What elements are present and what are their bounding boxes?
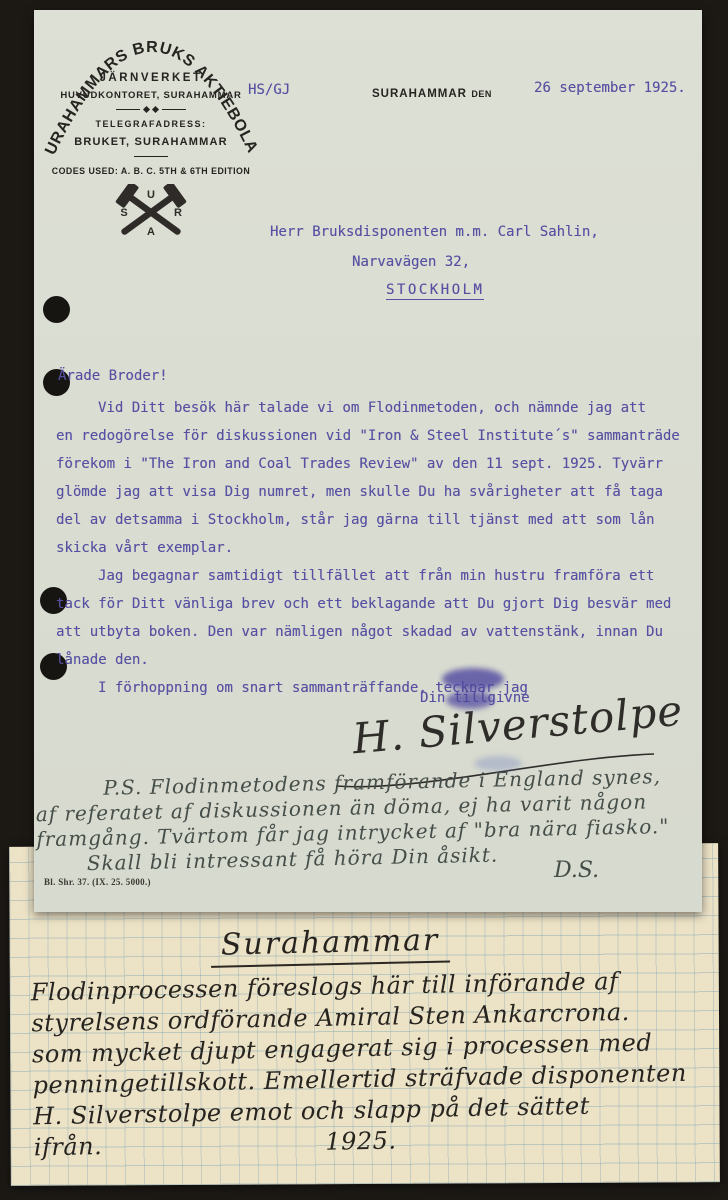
recipient-city: STOCKHOLM (386, 282, 484, 300)
letter-paper: SURAHAMMARS BRUKS AKTIEBOLAG JÄRNVERKET … (34, 10, 702, 912)
logo-letter-r: R (174, 207, 182, 219)
body-line: Vid Ditt besök här talade vi om Flodinme… (56, 394, 680, 422)
body-line: Jag begagnar samtidigt tillfället att fr… (56, 562, 680, 590)
letter-body: Vid Ditt besök här talade vi om Flodinme… (56, 394, 680, 702)
ink-blot (446, 691, 494, 709)
place-line: SURAHAMMAR DEN (372, 84, 492, 102)
body-line: en redogörelse för diskussionen vid "Iro… (56, 422, 680, 450)
note-text: Flodinprocessen föreslogs här till inför… (31, 965, 704, 1164)
logo-letter-u: U (147, 189, 155, 201)
recipient-name: Herr Bruksdisponenten m.m. Carl Sahlin, (270, 224, 599, 240)
den-label: DEN (471, 89, 492, 99)
body-line: förekom i "The Iron and Coal Trades Revi… (56, 450, 680, 478)
body-line: del av detsamma i Stockholm, står jag gä… (56, 506, 680, 534)
logo-letter-s: S (120, 207, 127, 219)
ornament-divider (44, 107, 258, 112)
body-line: glömde jag att visa Dig numret, men skul… (56, 478, 680, 506)
salutation: Ärade Broder! (58, 368, 168, 384)
codes-used: CODES USED: A. B. C. 5TH & 6TH EDITION (44, 166, 258, 176)
recipient-street: Narvavägen 32, (352, 254, 470, 270)
body-line: tack för Ditt vänliga brev och ett bekla… (56, 590, 680, 618)
logo-letter-a: A (147, 226, 155, 238)
reference-code: HS/GJ (248, 82, 290, 98)
letterhead-jarnverket: JÄRNVERKET (44, 72, 258, 84)
crossed-hammers-logo: U S R A (105, 184, 197, 238)
hole-punch (43, 296, 70, 323)
date: 26 september 1925. (534, 80, 686, 96)
ink-blot (442, 668, 504, 690)
letterhead: JÄRNVERKET HUVUDKONTORET, SURAHAMMAR TEL… (44, 72, 258, 243)
note-title-wrap: Surahammar (0, 917, 685, 973)
postscript: P.S. Flodinmetodens framförande i Englan… (35, 763, 727, 877)
note-last-left: ifrån. (34, 1132, 103, 1161)
body-line: att utbyta boken. Den var nämligen något… (56, 618, 680, 646)
body-line: skicka vårt exemplar. (56, 534, 680, 562)
divider-line (134, 156, 168, 157)
note-title: Surahammar (210, 922, 449, 967)
ps-initials: D.S. (554, 858, 599, 883)
telegraf-value: BRUKET, SURAHAMMAR (44, 136, 258, 148)
form-number: Bl. Shr. 37. (IX. 25. 5000.) (44, 877, 151, 887)
note-year: 1925. (325, 1125, 397, 1157)
telegraf-label: TELEGRAFADRESS: (44, 119, 258, 129)
body-line: lånade den. (56, 646, 680, 674)
place-label: SURAHAMMAR (372, 88, 467, 100)
letterhead-huvudkontor: HUVUDKONTORET, SURAHAMMAR (44, 90, 258, 101)
